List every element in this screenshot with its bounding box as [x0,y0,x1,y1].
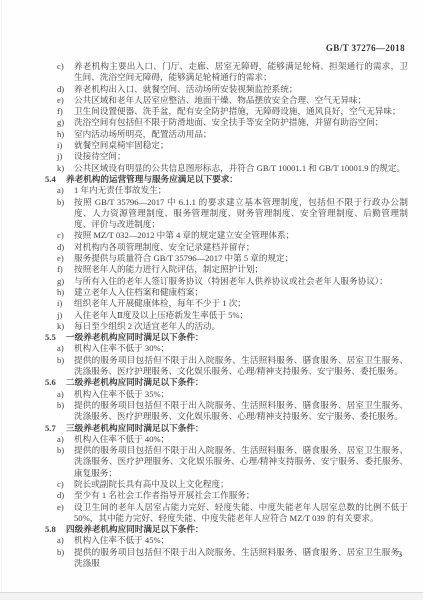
list-item: a)1 年内无责任事故发生； [45,185,408,196]
item-text: 室内活动场所明亮，配置活动用品； [74,129,408,140]
page-number: 3 [398,550,402,559]
item-letter: d) [57,242,74,253]
item-text: 机构入住率不低于 35%； [74,389,408,400]
section-heading: 5.7三级养老机构应同时满足以下条件： [45,423,408,434]
item-letter: b) [57,445,74,479]
list-item: j)设接待空间； [45,151,408,162]
list-item: a)机构入住率不低于 35%； [45,389,408,400]
list-item: c)院长或副院长具有高中及以上文化程度； [45,479,408,490]
item-text: 院长或副院长具有高中及以上文化程度； [74,479,408,490]
item-text: 机构入住率不低于 30%； [74,343,408,354]
item-text: 就餐空间桌椅牢固稳定； [74,140,408,151]
list-item: h)建立老年人入住档案和健康档案； [45,287,408,298]
item-text: 与所有入住的老年人签订服务协议（特困老年人供养协议或社会老年人服务协议）； [74,276,408,287]
list-item: e)设卫生间的老年人居室占能力完好、轻度失能、中度失能老年人居室总数的比例不低于… [45,502,408,525]
item-letter: a) [57,389,74,400]
scan-edge-bottom [0,592,423,600]
list-item: c)养老机构主要出入口、门厅、走廊、居室无障碍，能够满足轮椅、担架通行的需求，卫… [45,61,408,84]
item-text: 提供的服务项目包括但不限于出入院服务、生活照料服务、膳食服务、居室卫生服务、洗涤… [74,547,408,570]
section-heading: 5.6二级养老机构应同时满足以下条件： [45,377,408,388]
section-title: 二级养老机构应同时满足以下条件： [66,377,408,388]
item-letter: a) [57,434,74,445]
item-letter: c) [57,479,74,490]
item-letter: a) [57,343,74,354]
section-title: 一级养老机构应同时满足以下条件： [66,332,408,343]
content: c)养老机构主要出入口、门厅、走廊、居室无障碍，能够满足轮椅、担架通行的需求，卫… [45,61,408,569]
item-letter: a) [57,535,74,546]
item-text: 养老机构出入口、就餐空间、活动场所安装视频监控系统； [74,84,408,95]
item-text: 提供的服务项目包括但不限于出入院服务、生活照料服务、膳食服务、居室卫生服务、洗涤… [74,355,408,378]
item-letter: i) [57,298,74,309]
item-letter: f) [57,264,74,275]
section-number: 5.8 [45,524,66,535]
item-text: 对机构内各项管理制度、安全记录建档并留存； [74,242,408,253]
item-letter: h) [57,287,74,298]
scan-edge-left [1,0,2,600]
item-text: 组织老年人开展健康体检，每年不少于 1 次； [74,298,408,309]
item-text: 提供的服务项目包括但不限于出入院服务、生活照料服务、膳食服务、居室卫生服务、洗涤… [74,400,408,423]
list-item: a)机构入住率不低于 30%； [45,343,408,354]
list-item: i)组织老年人开展健康体检，每年不少于 1 次； [45,298,408,309]
list-item: a)机构入住率不低于 45%； [45,535,408,546]
item-text: 设卫生间的老年人居室占能力完好、轻度失能、中度失能老年人居室总数的比例不低于 5… [74,502,408,525]
item-letter: e) [57,502,74,525]
section-number: 5.7 [45,423,66,434]
item-text: 服务提供与质量符合 GB/T 35796—2017 中第 5 章的规定； [74,253,408,264]
section-title: 四级养老机构应同时满足以下条件： [66,524,408,535]
item-letter: f) [57,106,74,117]
section-number: 5.4 [45,174,66,185]
list-item: a)机构入住率不低于 40%； [45,434,408,445]
item-letter: e) [57,253,74,264]
item-letter: b) [57,547,74,570]
item-letter: k) [57,321,74,332]
item-letter: c) [57,61,74,84]
list-item: b)提供的服务项目包括但不限于出入院服务、生活照料服务、膳食服务、居室卫生服务、… [45,355,408,378]
section-title: 养老机构的运营管理与服务应满足以下要求： [66,174,408,185]
item-text: 按照老年人的能力进行入院评估，制定照护计划； [74,264,408,275]
item-letter: i) [57,140,74,151]
item-text: 公共区域设有明显的公共信息图形标志，并符合 GB/T 10001.1 和 GB/… [74,163,408,174]
section-number: 5.5 [45,332,66,343]
item-letter: b) [57,355,74,378]
item-letter: e) [57,95,74,106]
item-text: 机构入住率不低于 40%； [74,434,408,445]
item-letter: c) [57,230,74,241]
list-item: b)提供的服务项目包括但不限于出入院服务、生活照料服务、膳食服务、居室卫生服务、… [45,400,408,423]
item-letter: h) [57,129,74,140]
item-text: 每日至少组织 2 次适宜老年人的活动。 [74,321,408,332]
list-item: c)按照 MZ/T 032—2012 中第 4 章的规定建立安全管理体系； [45,230,408,241]
item-letter: a) [57,185,74,196]
item-letter: b) [57,400,74,423]
section-heading: 5.4养老机构的运营管理与服务应满足以下要求： [45,174,408,185]
list-item: e)服务提供与质量符合 GB/T 35796—2017 中第 5 章的规定； [45,253,408,264]
item-text: 至少有 1 名社会工作者指导开展社会工作服务； [74,490,408,501]
item-text: 养老机构主要出入口、门厅、走廊、居室无障碍，能够满足轮椅、担架通行的需求，卫生间… [74,61,408,84]
item-text: 设接待空间； [74,151,408,162]
item-letter: d) [57,84,74,95]
list-item: g)与所有入住的老年人签订服务协议（特困老年人供养协议或社会老年人服务协议）； [45,276,408,287]
section-title: 三级养老机构应同时满足以下条件： [66,423,408,434]
item-text: 公共区域和老年人居室应整洁、地面干燥、物品摆放安全合理、空气无异味； [74,95,408,106]
item-letter: j) [57,151,74,162]
item-letter: b) [57,197,74,231]
item-letter: g) [57,117,74,128]
item-letter: k) [57,163,74,174]
document-page: GB/T 37276—2018 c)养老机构主要出入口、门厅、走廊、居室无障碍，… [0,0,423,600]
item-text: 卫生间设置便器、洗手盆，配有安全防护措施，无障碍设施，通风良好，空气无异味； [74,106,408,117]
standard-number-header: GB/T 37276—2018 [326,43,405,53]
item-text: 洗浴空间有包括但不限于防滑地面、安全扶手等安全防护措施，并留有助浴空间； [74,117,408,128]
section-heading: 5.5一级养老机构应同时满足以下条件： [45,332,408,343]
item-text: 按照 MZ/T 032—2012 中第 4 章的规定建立安全管理体系； [74,230,408,241]
list-item: b)提供的服务项目包括但不限于出入院服务、生活照料服务、膳食服务、居室卫生服务、… [45,445,408,479]
list-item: d)养老机构出入口、就餐空间、活动场所安装视频监控系统； [45,84,408,95]
section-heading: 5.8四级养老机构应同时满足以下条件： [45,524,408,535]
list-item: e)公共区域和老年人居室应整洁、地面干燥、物品摆放安全合理、空气无异味； [45,95,408,106]
item-text: 1 年内无责任事故发生； [74,185,408,196]
list-item: b)按照 GB/T 35796—2017 中 6.1.1 的要求建立基本管理制度… [45,197,408,231]
list-item: i)就餐空间桌椅牢固稳定； [45,140,408,151]
item-letter: j) [57,310,74,321]
item-text: 机构入住率不低于 45%； [74,535,408,546]
item-text: 建立老年人入住档案和健康档案； [74,287,408,298]
list-item: j)入住老年人Ⅱ度及以上压疮新发生率低于 5%； [45,310,408,321]
list-item: g)洗浴空间有包括但不限于防滑地面、安全扶手等安全防护措施，并留有助浴空间； [45,117,408,128]
item-text: 按照 GB/T 35796—2017 中 6.1.1 的要求建立基本管理制度，包… [74,197,408,231]
list-item: h)室内活动场所明亮，配置活动用品； [45,129,408,140]
list-item: k)公共区域设有明显的公共信息图形标志，并符合 GB/T 10001.1 和 G… [45,163,408,174]
list-item: f)卫生间设置便器、洗手盆，配有安全防护措施，无障碍设施，通风良好，空气无异味； [45,106,408,117]
list-item: f)按照老年人的能力进行入院评估，制定照护计划； [45,264,408,275]
list-item: d)对机构内各项管理制度、安全记录建档并留存； [45,242,408,253]
section-number: 5.6 [45,377,66,388]
list-item: b)提供的服务项目包括但不限于出入院服务、生活照料服务、膳食服务、居室卫生服务、… [45,547,408,570]
list-item: d)至少有 1 名社会工作者指导开展社会工作服务； [45,490,408,501]
item-letter: d) [57,490,74,501]
item-letter: g) [57,276,74,287]
item-text: 入住老年人Ⅱ度及以上压疮新发生率低于 5%； [74,310,408,321]
list-item: k)每日至少组织 2 次适宜老年人的活动。 [45,321,408,332]
item-text: 提供的服务项目包括但不限于出入院服务、生活照料服务、膳食服务、居室卫生服务、洗涤… [74,445,408,479]
